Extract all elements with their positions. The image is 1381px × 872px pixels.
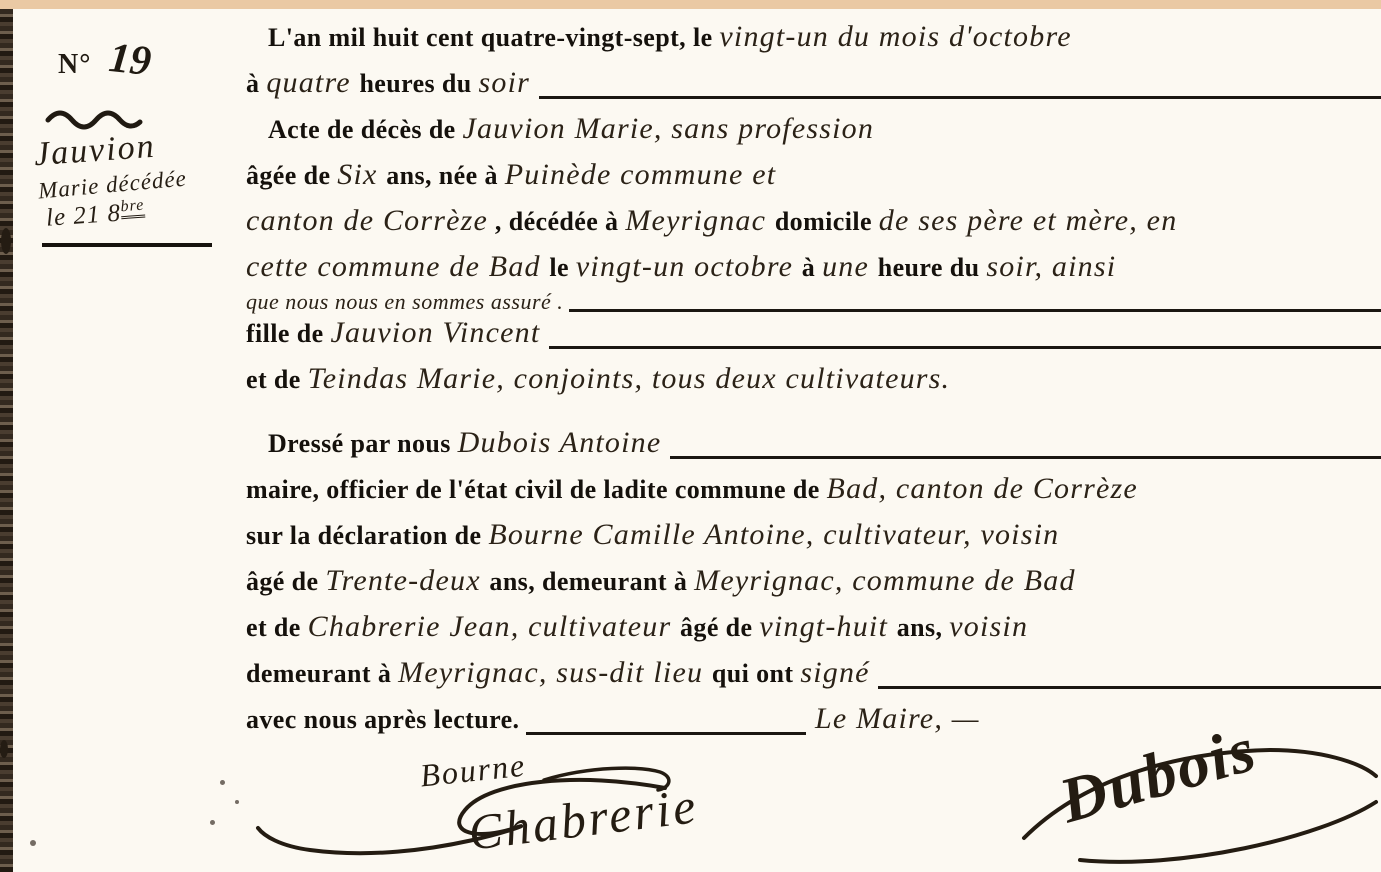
dubois-flourish — [1020, 742, 1381, 872]
printed-text: L'an mil huit cent quatre-vingt-sept, le — [268, 23, 719, 53]
handwritten-text: canton de Corrèze — [246, 204, 488, 238]
printed-text: âgé de — [680, 613, 759, 643]
handwritten-text: Bad, canton de Corrèze — [827, 472, 1138, 506]
bourne-flourish — [540, 760, 680, 794]
printed-text: ans, née à — [386, 161, 505, 191]
printed-text: et de — [246, 613, 308, 643]
handwritten-text: cette commune de Bad — [246, 250, 549, 284]
printed-text: , décédée à — [488, 207, 625, 237]
document-line: que nous nous en sommes assuré . — [246, 289, 1381, 316]
flourish-squiggle-icon — [44, 104, 164, 130]
printed-text: sur la déclaration de — [246, 521, 488, 551]
printed-text: âgée de — [246, 161, 337, 191]
speckle — [210, 820, 215, 825]
scan-top-border — [0, 0, 1381, 9]
fill-rule — [569, 309, 1381, 312]
printed-text: âgé de — [246, 567, 325, 597]
handwritten-text: Teindas Marie, conjoints, tous deux cult… — [308, 362, 951, 396]
printed-text: fille de — [246, 319, 330, 349]
printed-text: ans, demeurant à — [489, 567, 694, 597]
handwritten-text: vingt-un octobre — [576, 250, 802, 284]
document-line: âgé de Trente-deux ans, demeurant à Meyr… — [246, 564, 1381, 610]
handwritten-text: une — [822, 250, 878, 284]
handwritten-text: Jauvion Marie, sans profession — [463, 112, 875, 146]
printed-text: Acte de décès de — [268, 115, 463, 145]
handwritten-text: voisin — [949, 610, 1028, 644]
margin-deceased-surname: Jauvion — [33, 128, 157, 174]
printed-text: qui ont — [712, 659, 800, 689]
document-line: sur la déclaration de Bourne Camille Ant… — [246, 518, 1381, 564]
document-line: canton de Corrèze , décédée à Meyrignac … — [246, 204, 1381, 250]
printed-text: à — [246, 69, 266, 99]
ink-blot — [0, 740, 8, 758]
handwritten-text: Jauvion Vincent — [330, 316, 549, 350]
margin-notes: N°19 Jauvion Marie décédée le 21 8bre — [34, 18, 239, 247]
fill-rule — [539, 96, 1381, 99]
act-body: L'an mil huit cent quatre-vingt-sept, le… — [246, 20, 1381, 748]
printed-text: Dressé par nous — [268, 429, 458, 459]
printed-text: à — [802, 253, 822, 283]
printed-text: ans, — [897, 613, 950, 643]
handwritten-text: de ses père et mère, en — [879, 204, 1178, 238]
handwritten-text: vingt-un du mois d'octobre — [719, 20, 1071, 54]
handwritten-text: quatre — [266, 66, 359, 100]
speckle — [30, 840, 36, 846]
handwritten-text: soir, ainsi — [986, 250, 1116, 284]
printed-text: avec nous après lecture. — [246, 705, 526, 735]
handwritten-text: signé — [800, 656, 878, 690]
document-line: fille de Jauvion Vincent — [246, 316, 1381, 362]
handwritten-text: Chabrerie Jean, cultivateur — [308, 610, 680, 644]
document-line: et de Teindas Marie, conjoints, tous deu… — [246, 362, 1381, 408]
month-abbreviation: bre — [120, 197, 145, 220]
document-line: Acte de décès de Jauvion Marie, sans pro… — [246, 112, 1381, 158]
handwritten-text: Puinède commune et — [505, 158, 777, 192]
fill-rule — [526, 732, 806, 735]
margin-death-date: le 21 8bre — [45, 197, 146, 233]
death-certificate-page: N°19 Jauvion Marie décédée le 21 8bre L'… — [0, 0, 1381, 872]
document-line: à quatre heures du soir — [246, 66, 1381, 112]
printed-text: maire, officier de l'état civil de ladit… — [246, 475, 827, 505]
printed-text: domicile — [775, 207, 879, 237]
handwritten-text: Le Maire, — — [806, 702, 979, 736]
handwritten-text: que nous nous en sommes assuré . — [246, 289, 569, 315]
document-line: L'an mil huit cent quatre-vingt-sept, le… — [246, 20, 1381, 66]
handwritten-text: vingt-huit — [759, 610, 896, 644]
document-line: demeurant à Meyrignac, sus-dit lieu qui … — [246, 656, 1381, 702]
document-line: et de Chabrerie Jean, cultivateur âgé de… — [246, 610, 1381, 656]
printed-text: demeurant à — [246, 659, 398, 689]
handwritten-text: Dubois Antoine — [458, 426, 670, 460]
handwritten-text: Six — [337, 158, 386, 192]
handwritten-text: Meyrignac — [625, 204, 774, 238]
ink-blot — [1, 228, 11, 254]
margin-rule — [42, 243, 212, 247]
document-line: âgée de Six ans, née à Puinède commune e… — [246, 158, 1381, 204]
handwritten-text: soir — [479, 66, 539, 100]
speckle — [220, 780, 225, 785]
printed-text: heure du — [878, 253, 987, 283]
handwritten-text: Bourne Camille Antoine, cultivateur, voi… — [488, 518, 1059, 552]
printed-text: heures du — [359, 69, 478, 99]
act-number: 19 — [107, 34, 154, 86]
document-line: Dressé par nous Dubois Antoine — [246, 426, 1381, 472]
fill-rule — [670, 456, 1381, 459]
printed-text: le — [549, 253, 575, 283]
act-number-label: N° — [58, 49, 91, 80]
handwritten-text: Meyrignac, commune de Bad — [694, 564, 1076, 598]
fill-rule — [549, 346, 1381, 349]
printed-text: et de — [246, 365, 308, 395]
fill-rule — [878, 686, 1381, 689]
handwritten-text: Trente-deux — [325, 564, 489, 598]
speckle — [235, 800, 239, 804]
handwritten-text: Meyrignac, sus-dit lieu — [398, 656, 712, 690]
document-line: maire, officier de l'état civil de ladit… — [246, 472, 1381, 518]
